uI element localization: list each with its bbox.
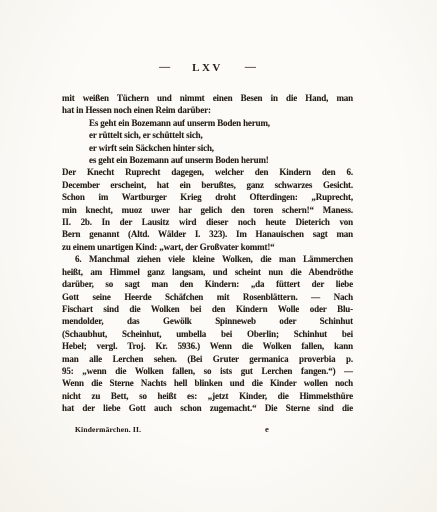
verse-line: Es geht ein Bozemann auf unserm Boden he… [62,117,353,129]
text-line: II. 2b. In der Lausitz wird dieser noch … [62,216,353,228]
verse-line: es geht ein Bozemann auf unserm Boden he… [62,154,353,166]
text-line: man alle Lerchen sehen. (Bei Gruter germ… [62,353,353,365]
text-line: December erscheint, hat ein berußtes, ga… [62,179,353,191]
book-page: — LXV — mit weißen Tüchern und nimmt ein… [0,0,437,512]
text-line: nicht zu Bett, so heißt es: „jetzt Kinde… [62,390,353,402]
page-header: — LXV — [62,62,353,74]
text-line: 95: „wenn die Wolken fallen, so ists gut… [62,365,353,377]
text-line: darüber, so sagt man den Kindern: „da fü… [62,278,353,290]
text-block: mit weißen Tüchern und nimmt einen Besen… [62,92,353,415]
verse-line: er wirft sein Säckchen hinter sich, [62,142,353,154]
text-line: 6. Manchmal ziehen viele kleine Wolken, … [62,253,353,265]
text-line: Fischart sind die Wolken bei den Kindern… [62,303,353,315]
text-line: mit weißen Tüchern und nimmt einen Besen… [62,92,353,104]
text-line: zu einem unartigen Kind: „wart, der Groß… [62,241,353,253]
page-number: LXV [192,62,223,74]
text-line: Bern genannt (Altd. Wälder I. 323). Im H… [62,228,353,240]
text-line: hat der liebe Gott auch schon zugemacht.… [62,402,353,414]
text-line: mendolder, das Gewölk Spinneweb oder Sch… [62,315,353,327]
signature-mark: e [265,423,269,435]
text-line: Schon im Wartburger Krieg droht Ofterdin… [62,191,353,203]
text-line: hat in Hessen noch einen Reim darüber: [62,104,353,116]
text-line: Hebel; vergl. Troj. Kr. 5936.) Wenn die … [62,340,353,352]
text-line: Gott seine Heerde Schäfchen mit Rosenblä… [62,291,353,303]
text-line: min knecht, muoz uwer har gelich den tor… [62,204,353,216]
text-line: heißt, am Himmel ganz langsam, und schei… [62,266,353,278]
text-line: Der Knecht Ruprecht dagegen, welcher den… [62,166,353,178]
verse-line: er rüttelt sich, er schüttelt sich, [62,129,353,141]
text-line: Wenn die Sterne Nachts hell blinken und … [62,377,353,389]
header-dash-right: — [245,61,256,73]
text-line: (Schaubhut, Scheinhut, umbella bei Oberl… [62,328,353,340]
footer-signature-title: Kindermärchen. II. [75,424,141,436]
header-dash-left: — [159,61,170,73]
